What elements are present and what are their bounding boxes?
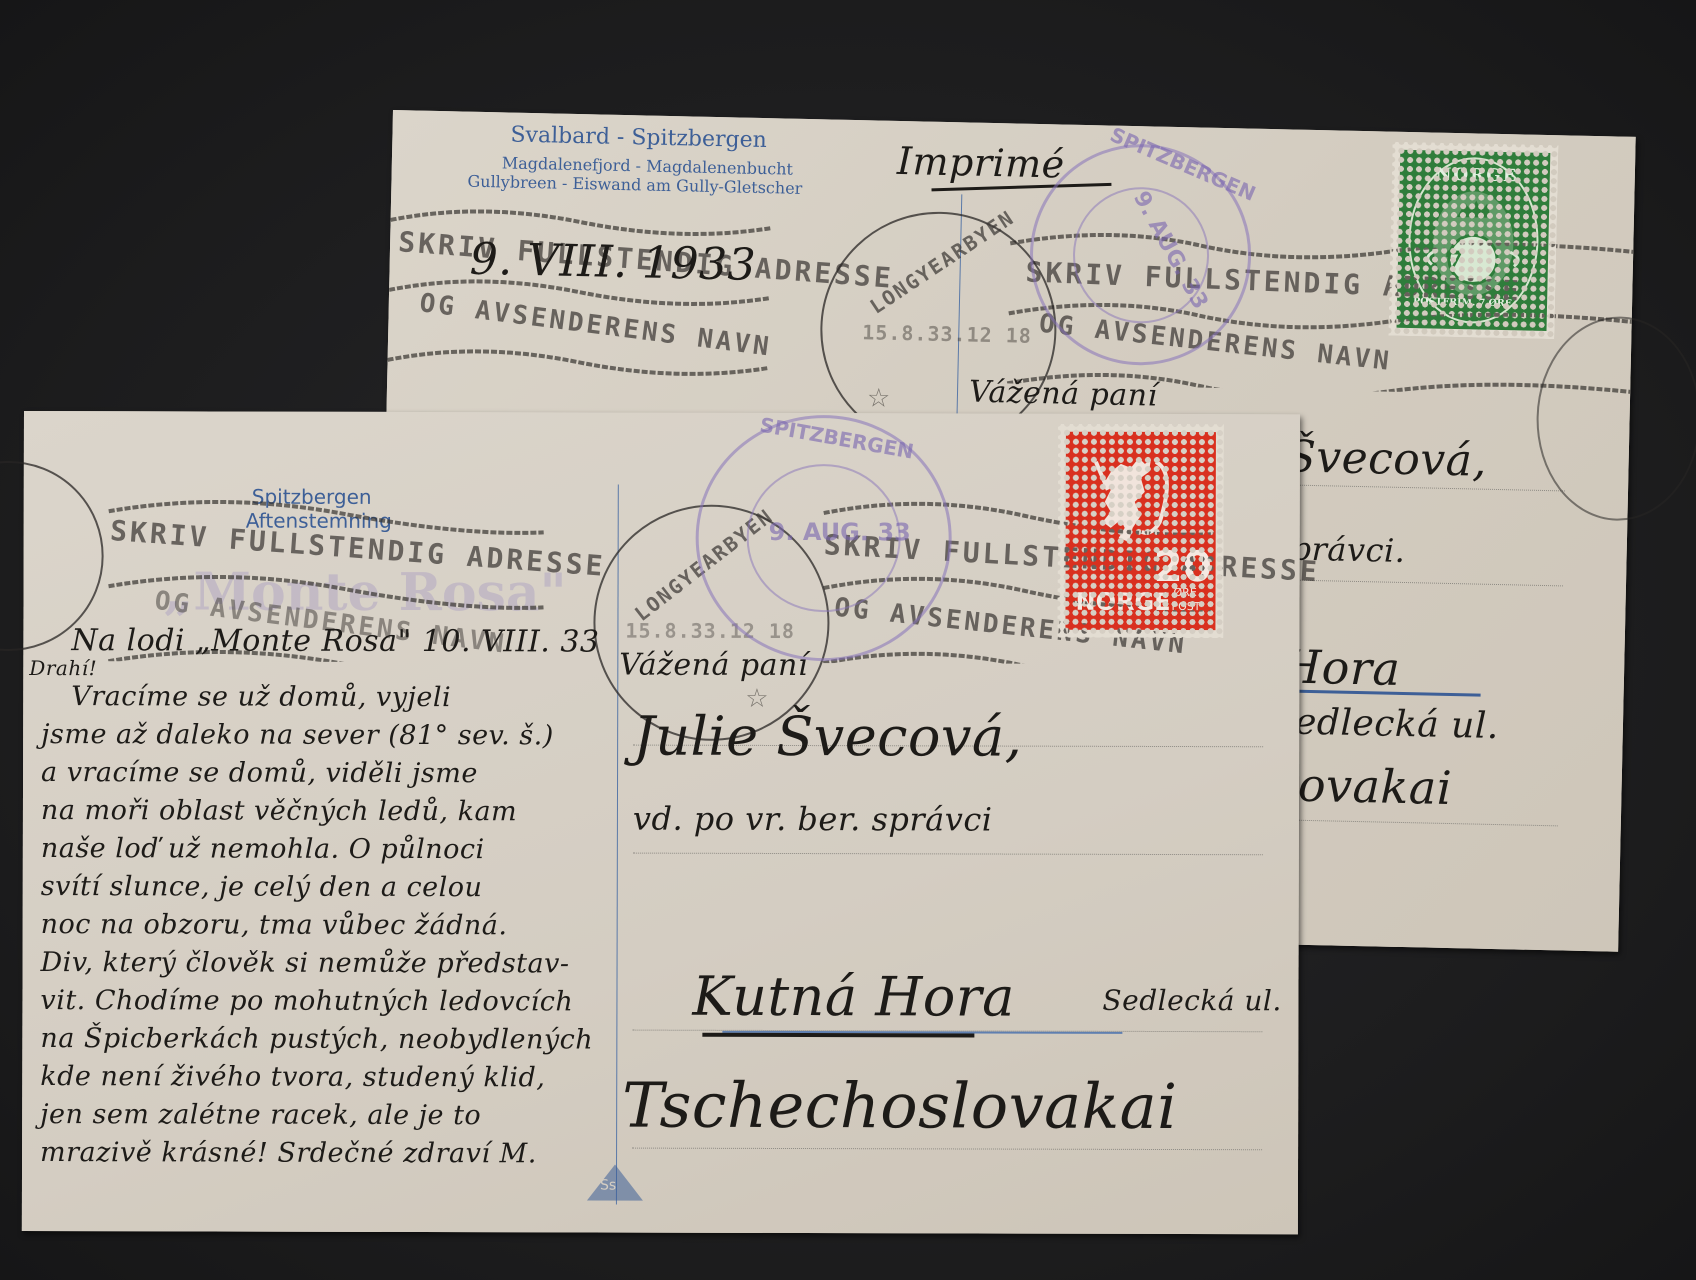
spitzbergen-ship-cachet: SPITZBERGEN 9. AUG. 33 bbox=[695, 415, 952, 662]
postmark-town: LONGYEARBYEN bbox=[865, 205, 1018, 319]
star-icon: ☆ bbox=[867, 382, 891, 413]
message-line: na Špicberkách pustých, neobydlených bbox=[40, 1023, 593, 1055]
message-line: kde není živého tvora, studený klid, bbox=[40, 1061, 545, 1093]
address-street: Sedlecká ul. bbox=[1102, 984, 1281, 1017]
stamp-value: 20 bbox=[1154, 542, 1213, 591]
address-line bbox=[633, 853, 1263, 856]
address-fragment-salutation: Vážená paní bbox=[969, 375, 1158, 414]
address-salutation: Vážená paní bbox=[619, 648, 808, 683]
message-line: mrazivě krásné! Srdečné zdraví M. bbox=[40, 1137, 537, 1169]
address-city: Kutná Hora bbox=[692, 965, 1015, 1029]
message-line: noc na obzoru, tma vůbec žádná. bbox=[41, 909, 508, 941]
stamp-inscription: POSTFRIM. 7 ØRE bbox=[1413, 296, 1512, 309]
message-line: jsme až daleko na sever (81° sev. š.) bbox=[41, 719, 554, 751]
printed-title: Svalbard - Spitzbergen bbox=[510, 123, 767, 154]
message-line: Div, který člověk si nemůže představ- bbox=[41, 947, 570, 979]
message-line: naše loď už nemohla. O půlnoci bbox=[41, 833, 485, 865]
message-line: svítí slunce, je celý den a celou bbox=[41, 871, 483, 903]
postmark-date: 15.8.33.12 18 bbox=[862, 320, 1032, 348]
address-fragment-name: Švecová, bbox=[1285, 431, 1487, 486]
message-heading: Na lodi „Monte Rosa" 10. VIII. 33 bbox=[71, 623, 599, 659]
stamp-unit-post: POST bbox=[1171, 600, 1200, 613]
stamp-country: NORGE bbox=[1075, 588, 1170, 616]
stamp-norge-20-ore: 20 NORGE ØRE POST bbox=[1057, 424, 1224, 638]
message-line: jen sem zalétne racek, ale je to bbox=[40, 1099, 481, 1131]
underline-stroke bbox=[702, 1033, 974, 1038]
publisher-mark: Ss bbox=[600, 1178, 616, 1194]
address-title: vd. po vr. ber. správci bbox=[633, 800, 993, 839]
cachet-date: 9. AUG. 33 bbox=[769, 518, 911, 546]
handwritten-date: 9. VIII. 1933 bbox=[469, 234, 756, 291]
stamp-country: NORGE bbox=[1436, 165, 1518, 187]
stamp-norge-7-ore: 7 NORGE POSTFRIM. 7 ØRE bbox=[1388, 142, 1558, 340]
address-name: Julie Švecová, bbox=[633, 705, 1022, 769]
message-line: Drahí! bbox=[29, 656, 97, 680]
cachet-top-text: SPITZBERGEN bbox=[758, 413, 916, 464]
message-line: a vracíme se domů, viděli jsme bbox=[41, 757, 478, 789]
address-country: Tschechoslovakai bbox=[622, 1069, 1178, 1143]
address-line bbox=[632, 1148, 1262, 1151]
postcard-bottom: Spitzbergen Aftenstemning „Monte Rosa" S… bbox=[22, 411, 1300, 1234]
message-line: na moři oblast věčných ledů, kam bbox=[41, 795, 517, 827]
message-line: Vracíme se už domů, vyjeli bbox=[71, 681, 451, 713]
message-line: vit. Chodíme po mohutných ledovcích bbox=[40, 985, 573, 1017]
address-fragment-street: Sedlecká ul. bbox=[1270, 701, 1500, 747]
handwritten-imprime: Imprimé bbox=[897, 139, 1066, 187]
stamp-unit: ØRE bbox=[1174, 586, 1197, 599]
stamp-value: 7 bbox=[1444, 245, 1464, 278]
